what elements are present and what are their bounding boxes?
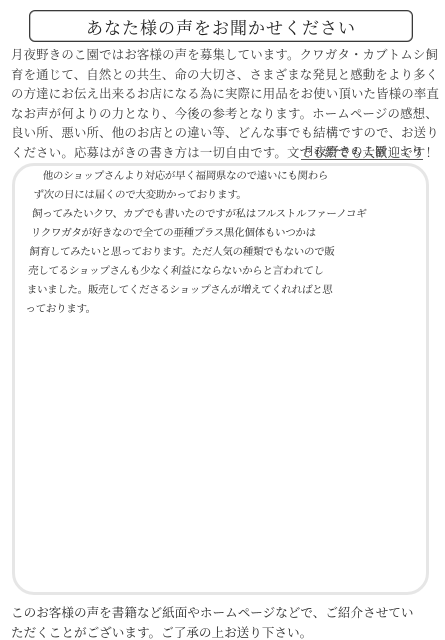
signature: 月夜野きのこ園 より: [301, 143, 423, 160]
handwritten-line: ず次の日には届くので大変助かっております。: [33, 186, 434, 205]
handwritten-line: 他のショップさんより対応が早く福岡県なので遠いにも関わら: [34, 167, 435, 186]
footer-line: ただくことがございます。ご了承の上お送り下さい。: [11, 623, 441, 640]
handwritten-line: 飼ってみたいクワ、カブでも書いたのですが私はフルストルファーノコギ: [31, 205, 432, 224]
intro-line: 育を通じて、自然との共生、命の大切さ、さまざまな発見と感動をより多く: [11, 65, 439, 85]
handwritten-line: 飼育してみたいと思っております。ただ人気の種類でもないので販: [29, 243, 430, 262]
intro-line: の方達にお伝え出来るお店になる為に実際に用品をお使い頂いた皆様の率直: [11, 84, 439, 104]
intro-line: なお声が何よりの力となり、今後の参考となります。ホームページの感想、: [11, 104, 439, 124]
footer-notice: このお客様の声を書籍など紙面やホームページなどで、ご紹介させてい ただくことがご…: [11, 603, 441, 640]
handwritten-line: まいました。販売してくださるショップさんが増えてくれればと思: [26, 281, 427, 300]
page-title: あなた様の声をお聞かせください: [86, 14, 356, 39]
intro-line: 良い所、悪い所、他のお店との違い等、どんな事でも結構ですので、お送り: [11, 123, 439, 143]
customer-voice-text: 他のショップさんより対応が早く福岡県なので遠いにも関わら ず次の日には届くので大…: [25, 167, 436, 319]
intro-line: 月夜野きのこ園ではお客様の声を募集しています。クワガタ・カブトムシ飼: [11, 45, 439, 65]
handwritten-line: 売してるショップさんも少なく利益にならないからと言われてし: [27, 262, 428, 281]
handwritten-line: っております。: [25, 300, 426, 319]
page-title-box: あなた様の声をお聞かせください: [29, 10, 413, 42]
handwritten-line: リクワガタが好きなので全ての亜種プラス黒化個体もいつかは: [30, 224, 431, 243]
footer-line: このお客様の声を書籍など紙面やホームページなどで、ご紹介させてい: [11, 603, 441, 623]
